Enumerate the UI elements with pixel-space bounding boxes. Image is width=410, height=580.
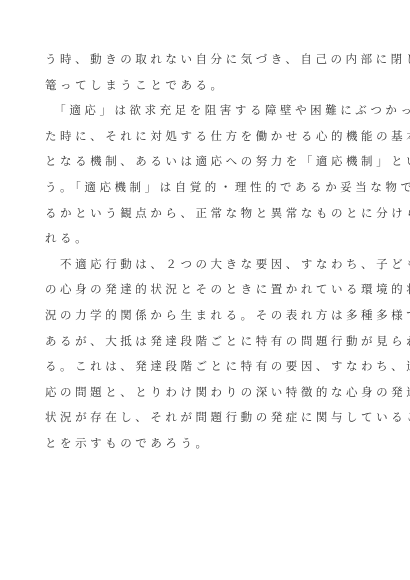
text-line: 「適応」は欲求充足を阻害する障壁や困難にぶつかっ <box>45 98 365 124</box>
text-line: 状況が存在し、それが問題行動の発症に関与しているこ <box>45 405 365 431</box>
text-line: 篭ってしまうことである。 <box>45 73 365 99</box>
text-line: た時に、それに対処する仕方を働かせる心的機能の基本 <box>45 124 365 150</box>
text-line: となる機制、あるいは適応への努力を「適応機制」とい <box>45 149 365 175</box>
text-line: れる。 <box>45 226 365 252</box>
document-body: う時、動きの取れない自分に気づき、自己の内部に閉じ 篭ってしまうことである。 「… <box>45 47 365 457</box>
text-line: あるが、大抵は発達段階ごとに特有の問題行動が見られ <box>45 329 365 355</box>
text-line: う時、動きの取れない自分に気づき、自己の内部に閉じ <box>45 47 365 73</box>
text-line: 応の問題と、とりわけ関わりの深い特徴的な心身の発達 <box>45 380 365 406</box>
text-line: 況の力学的関係から生まれる。その表れ方は多種多様で <box>45 303 365 329</box>
text-line: 不適応行動は、２つの大きな要因、すなわち、子ども <box>45 252 365 278</box>
text-line: る。これは、発達段階ごとに特有の要因、すなわち、適 <box>45 354 365 380</box>
text-line: るかという観点から、正常な物と異常なものとに分けら <box>45 201 365 227</box>
text-line: の心身の発達的状況とそのときに置かれている環境的状 <box>45 277 365 303</box>
text-line: とを示すものであろう。 <box>45 431 365 457</box>
text-line: う。「適応機制」は自覚的・理性的であるか妥当な物であ <box>45 175 365 201</box>
document-page: う時、動きの取れない自分に気づき、自己の内部に閉じ 篭ってしまうことである。 「… <box>0 0 410 580</box>
